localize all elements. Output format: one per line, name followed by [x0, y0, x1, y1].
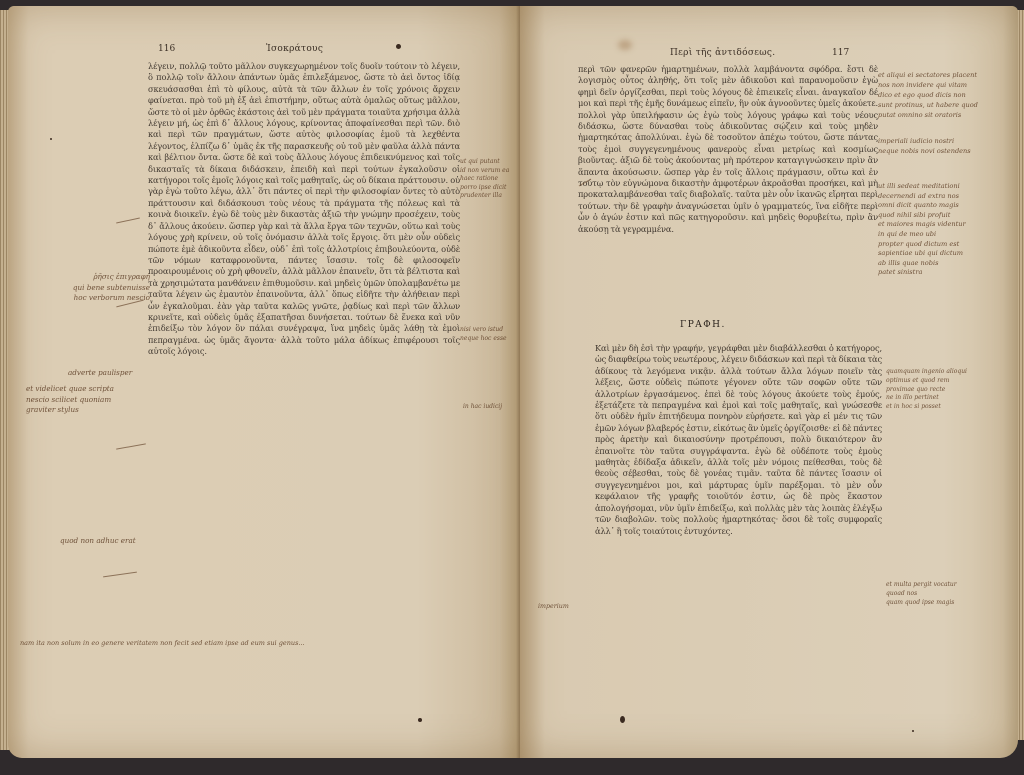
right-body-text-top: περὶ τῶν φανερῶν ἡμαρτημένων, πολλὰ λαμβ…: [578, 64, 878, 308]
annotation-line: quod nihil sibi profuit: [878, 211, 1014, 221]
annotation-line: neque nobis novi ostendens: [878, 146, 1014, 156]
annotation-line: omni dicit quanto magis: [878, 201, 1014, 211]
annotation-line: ῥῆσις ἐπιγραφή: [58, 272, 150, 283]
annotation-right-4: quamquam ingenio alioqui optimus et quod…: [886, 368, 1016, 430]
annotation-line: imperiali iudicio nostri: [878, 136, 1014, 146]
pointer-mark: [116, 443, 146, 449]
annotation-line: decernendi ad extra nos: [878, 192, 1014, 202]
stain: [618, 40, 632, 50]
left-body-paragraph: λέγειν, πολλῷ τοῦτο μᾶλλον συγκεχωρημένο…: [148, 61, 460, 358]
annotation-line: porro ipse dicit: [460, 184, 518, 193]
annotation-line: id non verum ea: [460, 167, 518, 176]
right-body-paragraph-bottom: Καὶ μὲν δὴ ἐσὶ τὴν γραφήν, γεγράφθαι μὲν…: [595, 343, 882, 537]
annotation-left-4: quod non adhuc erat dicit: [60, 536, 150, 548]
ink-spot: [418, 718, 422, 722]
annotation-line: nescio scilicet quoniam: [26, 395, 151, 406]
annotation-inner-2: nisi vero istud neque hoc esse: [460, 326, 518, 386]
annotation-line: sunt protinus, ut habere quod: [878, 100, 1014, 110]
right-page: Περὶ τῆς ἀντιδόσεως. 117 περὶ τῶν φανερῶ…: [520, 6, 1018, 758]
annotation-line: et videlicet quae scripta: [26, 384, 151, 395]
running-head-right: Περὶ τῆς ἀντιδόσεως.: [670, 48, 775, 58]
ink-spot: [396, 44, 401, 49]
section-title-graphe: ΓΡΑΦΗ.: [680, 320, 726, 330]
annotation-right-3: ut illi sedeat meditationi decernendi ad…: [878, 182, 1014, 302]
annotation-bottom: nam ita non solum in eo genere veritatem…: [20, 638, 520, 662]
annotation-line: graviter stylus: [26, 405, 151, 416]
annotation-left-2: adverte paulisper: [68, 368, 148, 380]
annotation-line: sapientiae ubi qui dictum: [878, 249, 1014, 259]
annotation-left-3: et videlicet quae scripta nescio scilice…: [26, 384, 151, 418]
annotation-line: et multa pergit vocatur: [886, 580, 1016, 589]
annotation-line: putat omnino sit oratoris: [878, 110, 1014, 120]
annotation-line: dico et ego quod dicis non: [878, 90, 1014, 100]
left-page: 116 Ἰσοκράτους λέγειν, πολλῷ τοῦτο μᾶλλο…: [8, 6, 520, 758]
annotation-right-2: imperiali iudicio nostri neque nobis nov…: [878, 136, 1014, 160]
annotation-line: ut qui putant: [460, 158, 518, 167]
annotation-inner-1: ut qui putant id non verum ea haec ratio…: [460, 158, 518, 258]
annotation-line: et aliqui ei sectatores placent: [878, 70, 1014, 80]
annotation-left-1: ῥῆσις ἐπιγραφή qui bene subtenuisse hoc …: [58, 272, 150, 312]
annotation-line: quoad nos: [886, 589, 1016, 598]
annotation-line: proximae quo recte: [886, 386, 1016, 395]
page-number-left: 116: [158, 44, 175, 54]
annotation-line: et in hoc si posset: [886, 403, 1016, 412]
annotation-line: ab illis quae nobis: [878, 259, 1014, 269]
annotation-right-1: et aliqui ei sectatores placent nos non …: [878, 70, 1014, 130]
ink-spot: [620, 716, 625, 723]
page-number-right: 117: [832, 48, 849, 58]
annotation-line: haec ratione: [460, 175, 518, 184]
annotation-right-5: et multa pergit vocatur quoad nos quam q…: [886, 580, 1016, 620]
annotation-line: neque hoc esse: [460, 335, 518, 344]
annotation-line: quamquam ingenio alioqui: [886, 368, 1016, 377]
annotation-line: patet sinistra: [878, 268, 1014, 278]
annotation-line: qui bene subtenuisse: [58, 283, 150, 294]
annotation-inner-3: in hac iudicij: [463, 402, 518, 414]
annotation-line: ut illi sedeat meditationi: [878, 182, 1014, 192]
annotation-line: propter quod dictum est: [878, 240, 1014, 250]
ink-spot: [50, 138, 52, 140]
annotation-line: ne in illo pertinet: [886, 394, 1016, 403]
ink-spot: [912, 730, 914, 732]
right-body-text-bottom: Καὶ μὲν δὴ ἐσὶ τὴν γραφήν, γεγράφθαι μὲν…: [595, 343, 882, 627]
annotation-line: optimus et quod rem: [886, 377, 1016, 386]
left-body-text: λέγειν, πολλῷ τοῦτο μᾶλλον συγκεχωρημένο…: [148, 61, 460, 644]
annotation-right-inner: imperium: [538, 602, 596, 614]
annotation-line: quam quod ipse magis: [886, 598, 1016, 607]
annotation-line: et maiores magis videntur: [878, 220, 1014, 230]
annotation-line: nisi vero istud: [460, 326, 518, 335]
book-photo: 116 Ἰσοκράτους λέγειν, πολλῷ τοῦτο μᾶλλο…: [0, 0, 1024, 775]
running-head-left: Ἰσοκράτους: [266, 44, 323, 54]
pointer-mark: [103, 572, 137, 578]
pointer-mark: [116, 218, 140, 224]
annotation-line: nos non invidere qui vitam: [878, 80, 1014, 90]
annotation-line: prudenter illa: [460, 192, 518, 201]
annotation-line: in qui de meo ubi: [878, 230, 1014, 240]
right-body-paragraph-top: περὶ τῶν φανερῶν ἡμαρτημένων, πολλὰ λαμβ…: [578, 64, 878, 235]
